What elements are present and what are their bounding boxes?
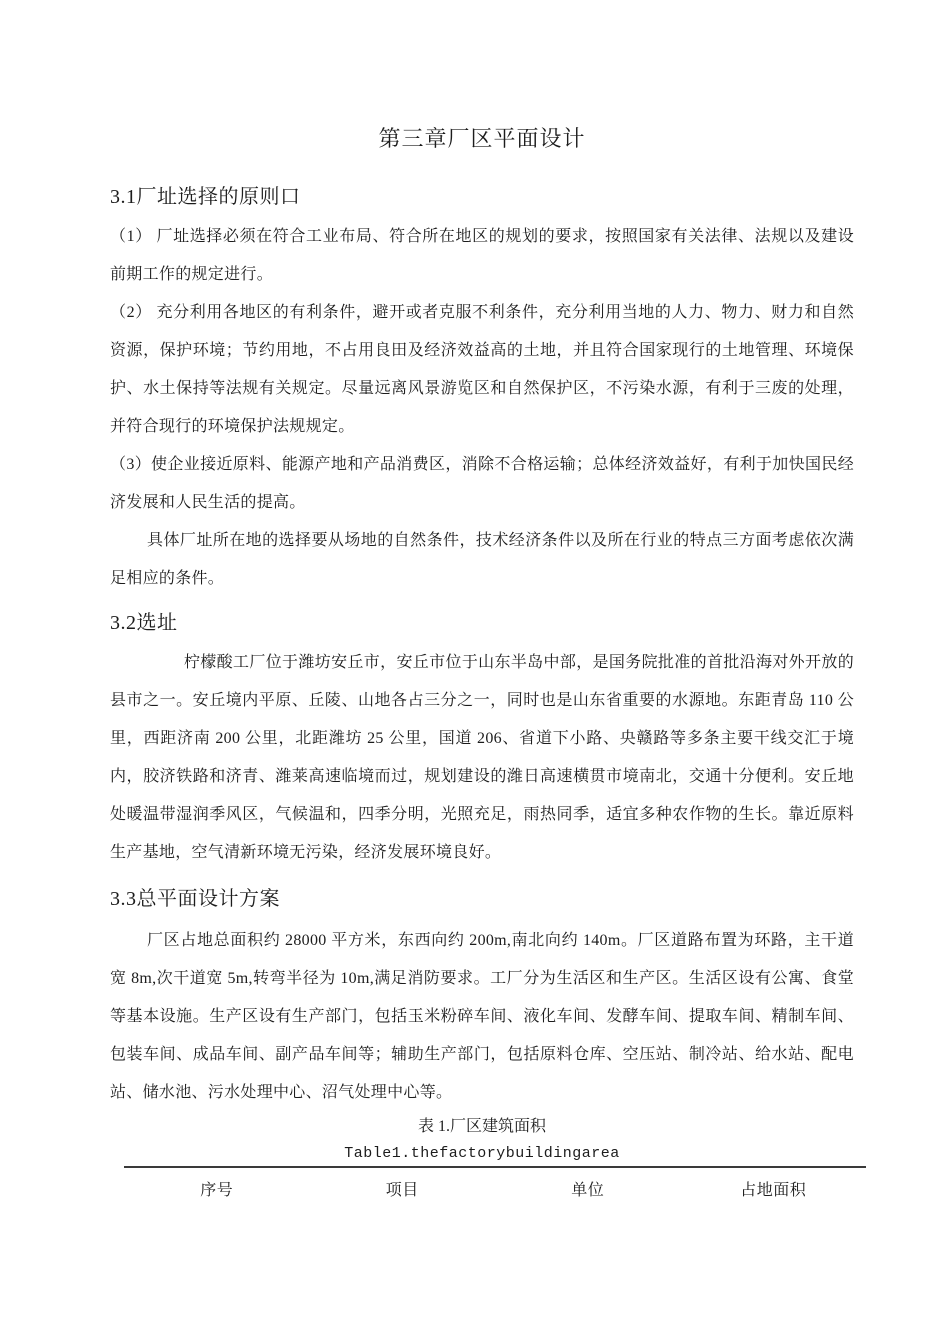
table-header-seq: 序号 [124, 1168, 310, 1214]
table-header-unit: 单位 [495, 1168, 681, 1214]
table-header-area: 占地面积 [681, 1168, 867, 1214]
building-area-table: 序号 项目 单位 占地面积 [124, 1166, 866, 1214]
document-page: 第三章厂区平面设计 3.1厂址选择的原则口 （1） 厂址选择必须在符合工业布局、… [0, 0, 950, 1344]
paragraph-site-considerations: 具体厂址所在地的选择要从场地的自然条件，技术经济条件以及所在行业的特点三方面考虑… [110, 522, 854, 598]
section-heading-3-1: 3.1厂址选择的原则口 [110, 182, 854, 212]
paragraph-principle-3: （3）使企业接近原料、能源产地和产品消费区，消除不合格运输；总体经济效益好，有利… [110, 446, 854, 522]
paragraph-site-selection: 柠檬酸工厂位于潍坊安丘市，安丘市位于山东半岛中部，是国务院批准的首批沿海对外开放… [110, 644, 854, 872]
paragraph-principle-2: （2） 充分利用各地区的有利条件，避开或者克服不利条件，充分利用当地的人力、物力… [110, 294, 854, 446]
paragraph-principle-1: （1） 厂址选择必须在符合工业布局、符合所在地区的规划的要求，按照国家有关法律、… [110, 218, 854, 294]
table-header-row: 序号 项目 单位 占地面积 [124, 1168, 866, 1214]
table-caption-en: Table1.thefactorybuildingarea [110, 1142, 854, 1166]
table-header-item: 项目 [310, 1168, 496, 1214]
paragraph-general-layout: 厂区占地总面积约 28000 平方米，东西向约 200m,南北向约 140m。厂… [110, 922, 854, 1112]
section-heading-3-3: 3.3总平面设计方案 [110, 884, 854, 914]
table-caption-zh: 表 1.厂区建筑面积 [110, 1112, 854, 1142]
section-heading-3-2: 3.2选址 [110, 608, 854, 638]
chapter-title: 第三章厂区平面设计 [110, 122, 854, 156]
